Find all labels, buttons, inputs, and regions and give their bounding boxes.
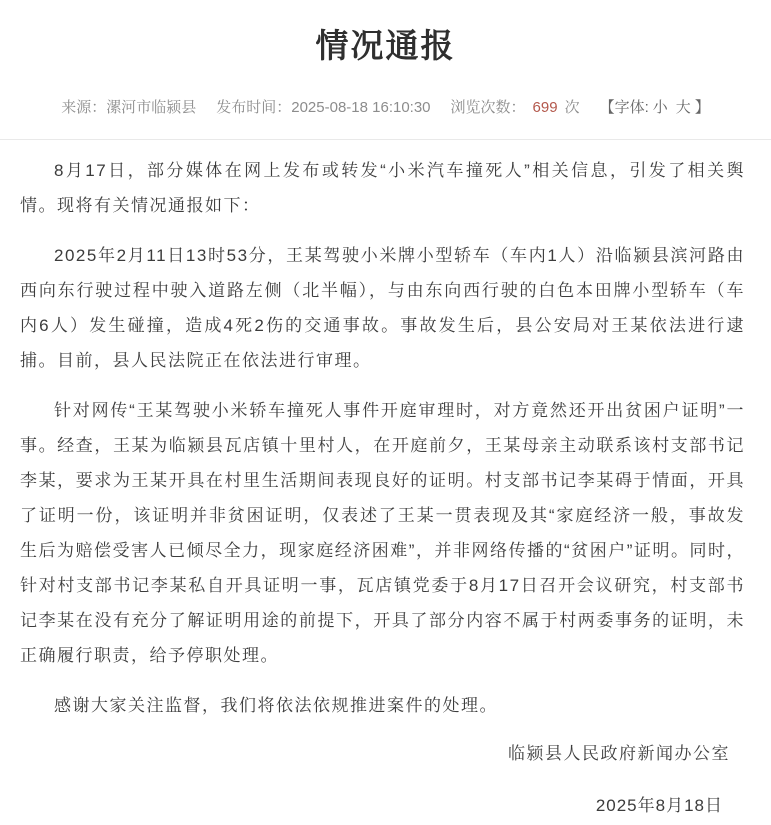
paragraph-intro: 8月17日，部分媒体在网上发布或转发“小米汽车撞死人”相关信息，引发了相关舆情。… <box>20 153 745 223</box>
paragraph-accident-facts: 2025年2月11日13时53分，王某驾驶小米牌小型轿车（车内1人）沿临颍县滨河… <box>20 238 745 378</box>
notice-body: 8月17日，部分媒体在网上发布或转发“小米汽车撞死人”相关信息，引发了相关舆情。… <box>0 140 771 723</box>
view-count-value: 699 <box>526 99 565 116</box>
view-count-group: 浏览次数：699次 <box>451 96 580 117</box>
view-count-unit: 次 <box>565 99 580 116</box>
paragraph-certificate-investigation: 针对网传“王某驾驶小米轿车撞死人事件开庭审理时，对方竟然还开出贫困户证明”一事。… <box>20 393 745 673</box>
publish-time-value: 2025-08-18 16:10:30 <box>291 99 430 116</box>
publish-time-label: 发布时间： <box>216 99 291 116</box>
page-title: 情况通报 <box>0 0 771 67</box>
notice-date: 2025年8月18日 <box>0 791 771 816</box>
notice-document: 情况通报 来源：漯河市临颍县发布时间：2025-08-18 16:10:30浏览… <box>0 0 771 825</box>
source-label: 来源： <box>61 99 106 116</box>
publish-time-group: 发布时间：2025-08-18 16:10:30 <box>216 96 430 117</box>
source-group: 来源：漯河市临颍县 <box>61 96 196 117</box>
font-size-label: 【字体: <box>600 99 649 116</box>
signature: 临颍县人民政府新闻办公室 <box>0 739 771 764</box>
source-value: 漯河市临颍县 <box>106 99 196 116</box>
view-count-label: 浏览次数： <box>451 99 526 116</box>
paragraph-closing-thanks: 感谢大家关注监督，我们将依法依规推进案件的处理。 <box>20 688 745 723</box>
font-size-control: 【字体:小大】 <box>600 96 710 117</box>
font-size-bracket-close: 】 <box>695 99 710 116</box>
font-size-large-button[interactable]: 大 <box>676 99 691 116</box>
font-size-small-button[interactable]: 小 <box>653 99 668 116</box>
meta-bar: 来源：漯河市临颍县发布时间：2025-08-18 16:10:30浏览次数：69… <box>0 96 771 140</box>
